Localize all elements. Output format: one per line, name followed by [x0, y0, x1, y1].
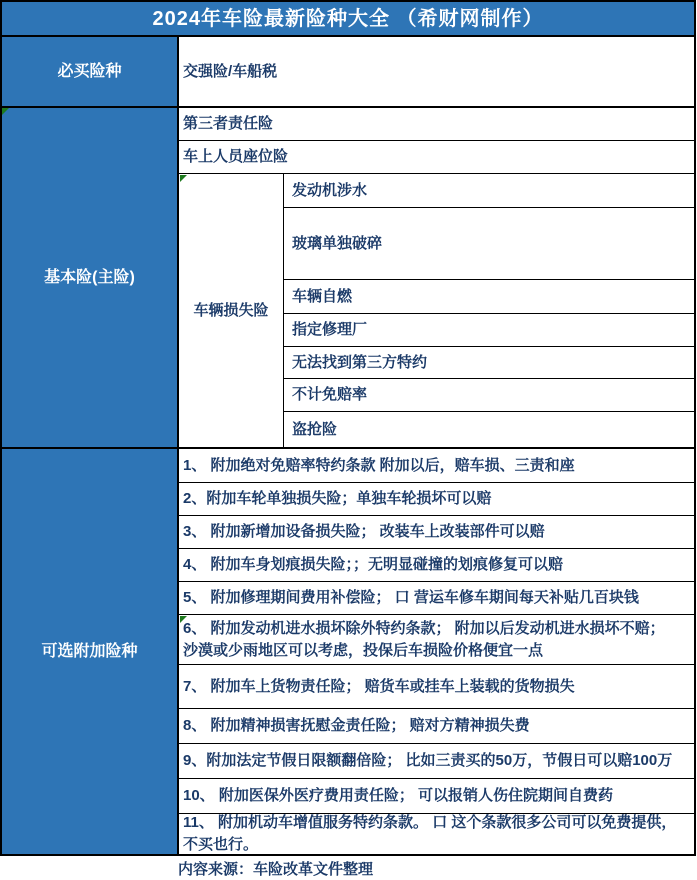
optional-item-11: 11、 附加机动车增值服务特约条款。 口 这个条款很多公司可以免费提供， 不买也… [179, 814, 694, 854]
insurance-table: 2024年车险最新险种大全 （希财网制作） 必买险种 交强险/车船税 基本险(主… [0, 0, 696, 856]
footer-source: 内容来源：车险改革文件整理 [178, 858, 373, 879]
optional-item-7: 7、 附加车上货物责任险； 赔货车或挂车上装载的货物损失 [179, 665, 694, 709]
cell-deductible-waiver: 不计免赔率 [284, 379, 694, 412]
optional-item-2: 2、附加车轮单独损失险；单独车轮损坏可以赔 [179, 483, 694, 516]
comment-triangle-icon [180, 175, 187, 182]
cell-third-party-liability: 第三者责任险 [179, 108, 694, 141]
cell-theft-insurance: 盗抢险 [284, 412, 694, 449]
optional-item-8: 8、 附加精神损害抚慰金责任险； 赔对方精神损失费 [179, 709, 694, 744]
optional-item-3: 3、 附加新增加设备损失险； 改装车上改装部件可以赔 [179, 516, 694, 549]
row-label-optional: 可选附加险种 [2, 449, 177, 854]
row-label-basic: 基本险(主险) [2, 108, 177, 449]
cell-engine-water: 发动机涉水 [284, 174, 694, 208]
column-divider [177, 37, 179, 854]
row-label-must-buy: 必买险种 [2, 37, 177, 108]
optional-item-1: 1、 附加绝对免赔率特约条款 附加以后，赔车损、三责和座 [179, 449, 694, 483]
comment-triangle-icon [180, 616, 187, 623]
cell-passenger-seat: 车上人员座位险 [179, 141, 694, 174]
cell-no-third-party-found: 无法找到第三方特约 [284, 347, 694, 379]
page: { "colors": { "header_blue": "#2E75B6", … [0, 0, 697, 880]
optional-item-4: 4、 附加车身划痕损失险；；无明显碰撞的划痕修复可以赔 [179, 549, 694, 582]
cell-vehicle-damage: 车辆损失险 [179, 174, 283, 449]
table-title: 2024年车险最新险种大全 （希财网制作） [2, 2, 694, 37]
cell-self-ignition: 车辆自燃 [284, 280, 694, 314]
comment-triangle-icon [2, 108, 9, 115]
cell-designated-repair-shop: 指定修理厂 [284, 314, 694, 347]
optional-item-5: 5、 附加修理期间费用补偿险； 口 营运车修车期间每天补贴几百块钱 [179, 582, 694, 615]
cell-compulsory-insurance: 交强险/车船税 [179, 37, 694, 108]
optional-item-9: 9、附加法定节假日限额翻倍险； 比如三责买的50万，节假日可以赔100万 [179, 744, 694, 779]
cell-glass-breakage: 玻璃单独破碎 [284, 208, 694, 280]
optional-item-6: 6、 附加发动机进水损坏除外特约条款； 附加以后发动机进水损坏不赔； 沙漠或少雨… [179, 615, 694, 665]
optional-item-10: 10、 附加医保外医疗费用责任险； 可以报销人伤住院期间自费药 [179, 779, 694, 814]
sub-column-divider [283, 174, 284, 449]
